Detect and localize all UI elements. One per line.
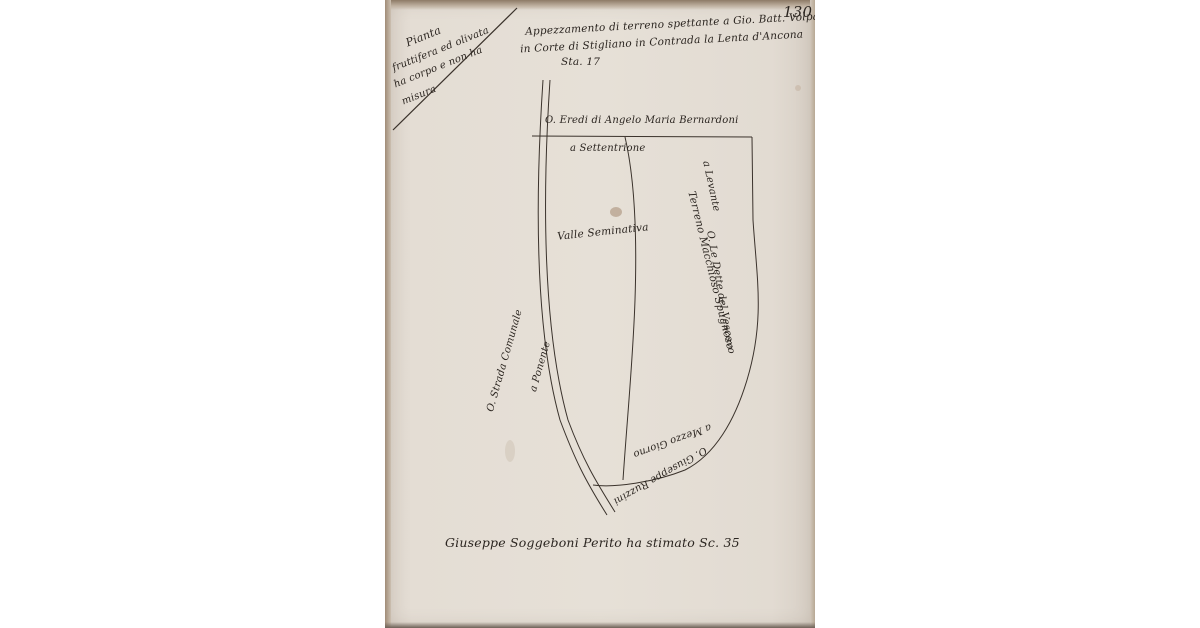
label-north: a Settentrione (570, 143, 645, 154)
label-north-boundary: O. Eredi di Angelo Maria Bernardoni (545, 115, 739, 126)
corner-divider-line (393, 8, 517, 130)
document-viewer: Pianta fruttifera ed olivata ha corpo e … (0, 0, 1200, 628)
manuscript-page: Pianta fruttifera ed olivata ha corpo e … (385, 0, 815, 628)
header-line-3: Sta. 17 (561, 56, 600, 68)
plot-map-drawing (385, 0, 815, 628)
surveyor-signature: Giuseppe Soggeboni Perito ha stimato Sc.… (445, 535, 740, 550)
